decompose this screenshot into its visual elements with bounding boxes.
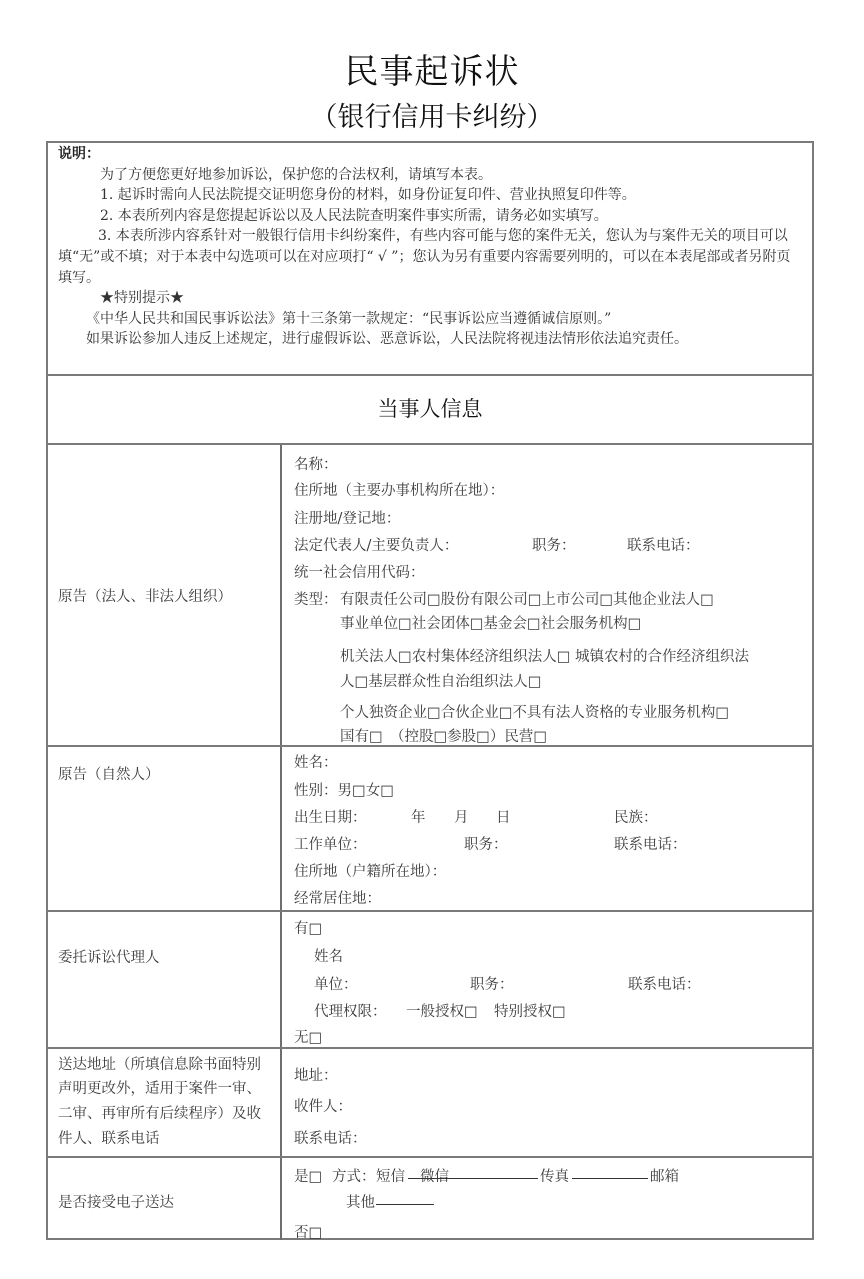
org-name-field[interactable]: 名称： — [294, 453, 338, 474]
special-notice-heading: ★特别提示★ — [58, 288, 804, 309]
plaintiff-org-fields: 名称： 住所地（主要办事机构所在地）： 注册地/登记地： 法定代表人/主要负责人… — [284, 445, 812, 745]
agent-no-checkbox[interactable]: 无□ — [294, 1026, 322, 1047]
org-position-field[interactable]: 职务： — [532, 534, 576, 555]
service-address-label-cell: 送达地址（所填信息除书面特别 声明更改外，适用于案件一审、 二审、再审所有后续程… — [48, 1049, 282, 1156]
org-type-options-2[interactable]: 事业单位□社会团体□基金会□社会服务机构□ — [340, 612, 641, 633]
e-service-other-label: 其他 — [346, 1191, 375, 1212]
birth-year-label: 年 — [411, 806, 426, 827]
org-type-options-4[interactable]: 人□基层群众性自治组织法人□ — [340, 670, 541, 691]
section-header-row: 当事人信息 — [48, 376, 812, 445]
person-phone-field[interactable]: 联系电话： — [614, 833, 687, 854]
service-address-label-line-2: 声明更改外，适用于案件一审、 — [58, 1077, 261, 1098]
person-name-field[interactable]: 姓名： — [294, 751, 338, 772]
org-registered-field[interactable]: 注册地/登记地： — [294, 507, 400, 528]
service-phone-field[interactable]: 联系电话： — [294, 1127, 367, 1148]
org-domicile-field[interactable]: 住所地（主要办事机构所在地）： — [294, 479, 504, 500]
authority-general-checkbox[interactable]: 一般授权□ — [406, 1000, 478, 1021]
agent-label-cell: 委托诉讼代理人 — [48, 912, 282, 1047]
e-service-wechat-label: 微信 — [420, 1165, 449, 1186]
plaintiff-person-fields: 姓名： 性别：男□女□ 出生日期： 年 月 日 民族： 工作单位： 职务： 联系… — [284, 747, 812, 910]
e-service-email-label: 邮箱 — [650, 1165, 679, 1186]
e-service-fax-blank[interactable] — [572, 1165, 648, 1179]
e-service-no-checkbox[interactable]: 否□ — [294, 1221, 322, 1242]
plaintiff-person-label: 原告（自然人） — [58, 763, 160, 784]
e-service-fax-label: 传真 — [540, 1165, 569, 1186]
authority-special-checkbox[interactable]: 特别授权□ — [494, 1000, 566, 1021]
plaintiff-person-row: 原告（自然人） 姓名： 性别：男□女□ 出生日期： 年 月 日 民族： 工作单位… — [48, 747, 812, 912]
agent-yes-checkbox[interactable]: 有□ — [294, 917, 322, 938]
service-address-field[interactable]: 地址： — [294, 1064, 338, 1085]
service-address-label-line-1: 送达地址（所填信息除书面特别 — [58, 1053, 261, 1074]
document-subtitle: （银行信用卡纠纷） — [0, 100, 864, 136]
agent-position-field[interactable]: 职务： — [470, 973, 514, 994]
plaintiff-org-row: 原告（法人、非法人组织） 名称： 住所地（主要办事机构所在地）： 注册地/登记地… — [48, 445, 812, 747]
org-type-options-1[interactable]: 有限责任公司□股份有限公司□上市公司□其他企业法人□ — [340, 588, 714, 609]
e-service-other-blank[interactable] — [376, 1191, 434, 1205]
org-type-options-3[interactable]: 机关法人□农村集体经济组织法人□ 城镇农村的合作经济组织法 — [340, 645, 749, 666]
agent-name-field[interactable]: 姓名 — [314, 945, 343, 966]
birth-day-label: 日 — [496, 806, 511, 827]
e-service-wechat-blank[interactable] — [448, 1165, 538, 1179]
org-legal-rep-field[interactable]: 法定代表人/主要负责人： — [294, 534, 458, 555]
complaint-form-table: 说明： 为了方便您更好地参加诉讼，保护您的合法权利，请填写本表。 1. 起诉时需… — [46, 141, 814, 1240]
service-address-label-line-3: 二审、再审所有后续程序）及收 — [58, 1102, 261, 1123]
plaintiff-org-label: 原告（法人、非法人组织） — [58, 585, 232, 606]
person-birth-field[interactable]: 出生日期： — [294, 806, 367, 827]
org-type-label: 类型： — [294, 588, 338, 609]
notes-intro: 为了方便您更好地参加诉讼，保护您的合法权利，请填写本表。 — [58, 165, 804, 186]
service-address-row: 送达地址（所填信息除书面特别 声明更改外，适用于案件一审、 二审、再审所有后续程… — [48, 1049, 812, 1158]
org-ownership-options[interactable]: 国有□ （控股□参股□）民营□ — [340, 725, 547, 746]
plaintiff-org-label-cell: 原告（法人、非法人组织） — [48, 445, 282, 745]
person-residence-field[interactable]: 经常居住地： — [294, 887, 381, 908]
org-type-options-5[interactable]: 个人独资企业□合伙企业□不具有法人资格的专业服务机构□ — [340, 701, 729, 722]
law-quote: 《中华人民共和国民事诉讼法》第十三条第一款规定：“民事诉讼应当遵循诚信原则。” — [58, 309, 804, 330]
e-service-fields: 是□ 方式： 短信 微信 传真 邮箱 其他 否□ — [284, 1158, 812, 1240]
agent-employer-field[interactable]: 单位： — [314, 973, 358, 994]
person-ethnicity-field[interactable]: 民族： — [614, 806, 658, 827]
false-litigation-warning: 如果诉讼参加人违反上述规定，进行虚假诉讼、恶意诉讼，人民法院将视违法情形依法追究… — [58, 329, 804, 350]
e-service-method-label: 方式： — [332, 1165, 376, 1186]
person-domicile-field[interactable]: 住所地（户籍所在地）： — [294, 860, 446, 881]
notes-item-2: 2. 本表所列内容是您提起诉讼以及人民法院查明案件事实所需，请务必如实填写。 — [58, 206, 804, 227]
notes-heading: 说明： — [58, 144, 804, 165]
agent-phone-field[interactable]: 联系电话： — [628, 973, 701, 994]
agent-row: 委托诉讼代理人 有□ 姓名 单位： 职务： 联系电话： 代理权限： 一般授权□ … — [48, 912, 812, 1049]
section-title: 当事人信息 — [48, 376, 812, 443]
e-service-sms-label: 短信 — [376, 1165, 405, 1186]
notes-item-1: 1. 起诉时需向人民法院提交证明您身份的材料，如身份证复印件、营业执照复印件等。 — [58, 185, 804, 206]
notes-block: 说明： 为了方便您更好地参加诉讼，保护您的合法权利，请填写本表。 1. 起诉时需… — [48, 143, 812, 350]
plaintiff-person-label-cell: 原告（自然人） — [48, 747, 282, 910]
agent-label: 委托诉讼代理人 — [58, 946, 160, 967]
person-position-field[interactable]: 职务： — [464, 833, 508, 854]
agent-fields: 有□ 姓名 单位： 职务： 联系电话： 代理权限： 一般授权□ 特别授权□ 无□ — [284, 912, 812, 1047]
document-title: 民事起诉状 — [0, 52, 864, 92]
service-recipient-field[interactable]: 收件人： — [294, 1095, 352, 1116]
e-service-row: 是否接受电子送达 是□ 方式： 短信 微信 传真 邮箱 其他 否□ — [48, 1158, 812, 1240]
e-service-label: 是否接受电子送达 — [58, 1191, 174, 1212]
agent-authority-label: 代理权限： — [314, 1000, 387, 1021]
notes-item-3: 3. 本表所涉内容系针对一般银行信用卡纠纷案件，有些内容可能与您的案件无关，您认… — [58, 226, 804, 288]
notes-row: 说明： 为了方便您更好地参加诉讼，保护您的合法权利，请填写本表。 1. 起诉时需… — [48, 143, 812, 376]
birth-month-label: 月 — [454, 806, 469, 827]
person-gender-options[interactable]: 性别：男□女□ — [294, 779, 394, 800]
e-service-yes-checkbox[interactable]: 是□ — [294, 1165, 322, 1186]
org-phone-field[interactable]: 联系电话： — [627, 534, 700, 555]
service-address-fields: 地址： 收件人： 联系电话： — [284, 1049, 812, 1156]
service-address-label-line-4: 件人、联系电话 — [58, 1127, 160, 1148]
person-employer-field[interactable]: 工作单位： — [294, 833, 367, 854]
org-credit-code-field[interactable]: 统一社会信用代码： — [294, 561, 425, 582]
e-service-label-cell: 是否接受电子送达 — [48, 1158, 282, 1240]
